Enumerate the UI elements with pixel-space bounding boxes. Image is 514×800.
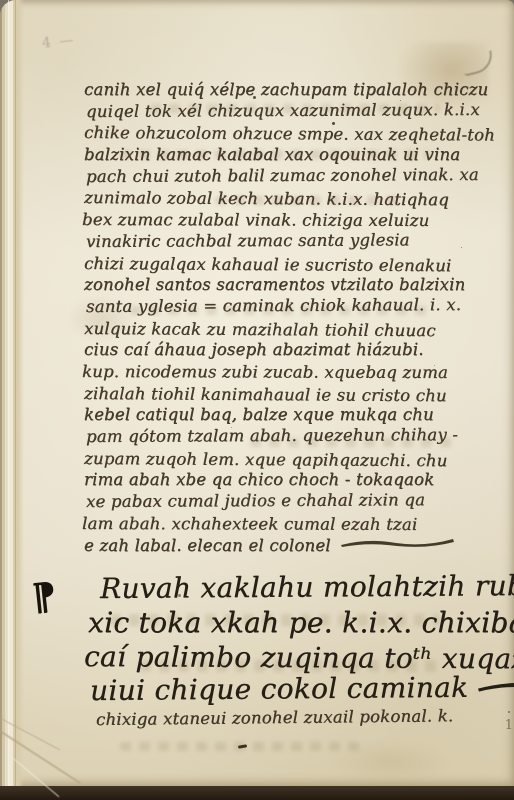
- manuscript-line: chike ohzucolom ohzuce smpe. xax zeqheta…: [84, 123, 500, 147]
- manuscript-line: kebel catiqul baq, balze xque mukqa chu: [84, 405, 500, 427]
- small-dash-mark: [238, 744, 247, 748]
- manuscript-page: 4 — canih xel quiq́ xélpe zachupam tipal…: [0, 0, 514, 786]
- manuscript-line: zihalah tiohil kanimahaual ie su cristo …: [84, 384, 500, 408]
- manuscript-line: xulquiz kacak zu mazihalah tiohil chuuac: [84, 319, 500, 343]
- body-text: canih xel quiq́ xélpe zachupam tipalaloh…: [84, 80, 500, 557]
- manuscript-photo: 4 — canih xel quiq́ xélpe zachupam tipal…: [0, 0, 514, 800]
- paper-stain: [330, 742, 450, 782]
- manuscript-line: chizi zugalqax kahaual ie sucristo elena…: [84, 254, 500, 278]
- ink-flourish: [341, 535, 455, 549]
- manuscript-line: santa yglesia = caminak chiok kahaual. i…: [86, 295, 502, 319]
- paragraph-mark: ¶: [31, 573, 59, 619]
- manuscript-line: xe pabax cumal judios e chahal zixin qa: [86, 490, 502, 514]
- manuscript-line: rima abah xbe qa chico choch - tokaqaok: [84, 470, 500, 492]
- pencil-annotation: 4 —: [41, 32, 76, 51]
- manuscript-line: canih xel quiq́ xélpe zachupam tipalaloh…: [84, 80, 500, 102]
- manuscript-line: xic toka xkah pe. k.i.x. chixibal: [88, 606, 500, 640]
- manuscript-line: zonohel santos sacramentos vtzilato balz…: [84, 275, 500, 297]
- manuscript-line: cius caí áhaua joseph abazimat hiázubi.: [84, 340, 500, 362]
- manuscript-line: quiqel tok xél chizuqux xazunimal zuqux.…: [86, 99, 502, 123]
- manuscript-line: lam abah. xchahexteek cumal ezah tzai: [82, 514, 498, 537]
- manuscript-line: vinakiric cachbal zumac santa yglesia: [86, 230, 502, 254]
- page-edge-mark: 1: [505, 718, 513, 733]
- ink-flourish: [478, 676, 514, 695]
- manuscript-line: e zah labal. elecan el colonel: [84, 535, 500, 557]
- manuscript-line: zupam zuqoh lem. xque qapihqazuchi. chu: [84, 449, 500, 473]
- manuscript-line: balzixin kamac kalabal xax oqouinak ui v…: [84, 145, 500, 167]
- manuscript-line: pam qótom tzalam abah. quezehun chihay -: [86, 425, 502, 449]
- paper-stain: [460, 50, 496, 76]
- manuscript-line: zunimalo zobal kech xuban. k.i.x. hatiqh…: [84, 188, 500, 212]
- closing-line: chixiga xtaneui zonohel zuxail pokonal. …: [96, 706, 500, 734]
- manuscript-line: Ruvah xaklahu molahtzih rubi: [100, 569, 500, 606]
- paper-gutter-edge: [0, 0, 24, 786]
- manuscript-line: uiui chique cokol caminak: [90, 671, 500, 709]
- text-block: canih xel quiq́ xélpe zachupam tipalaloh…: [84, 80, 500, 734]
- manuscript-line: kup. nicodemus zubi zucab. xquebaq zuma: [82, 362, 498, 385]
- manuscript-line: pach chui zutoh balil zumac zonohel vina…: [86, 165, 502, 189]
- heading-text: Ruvah xaklahu molahtzih rubixic toka xka…: [84, 572, 500, 708]
